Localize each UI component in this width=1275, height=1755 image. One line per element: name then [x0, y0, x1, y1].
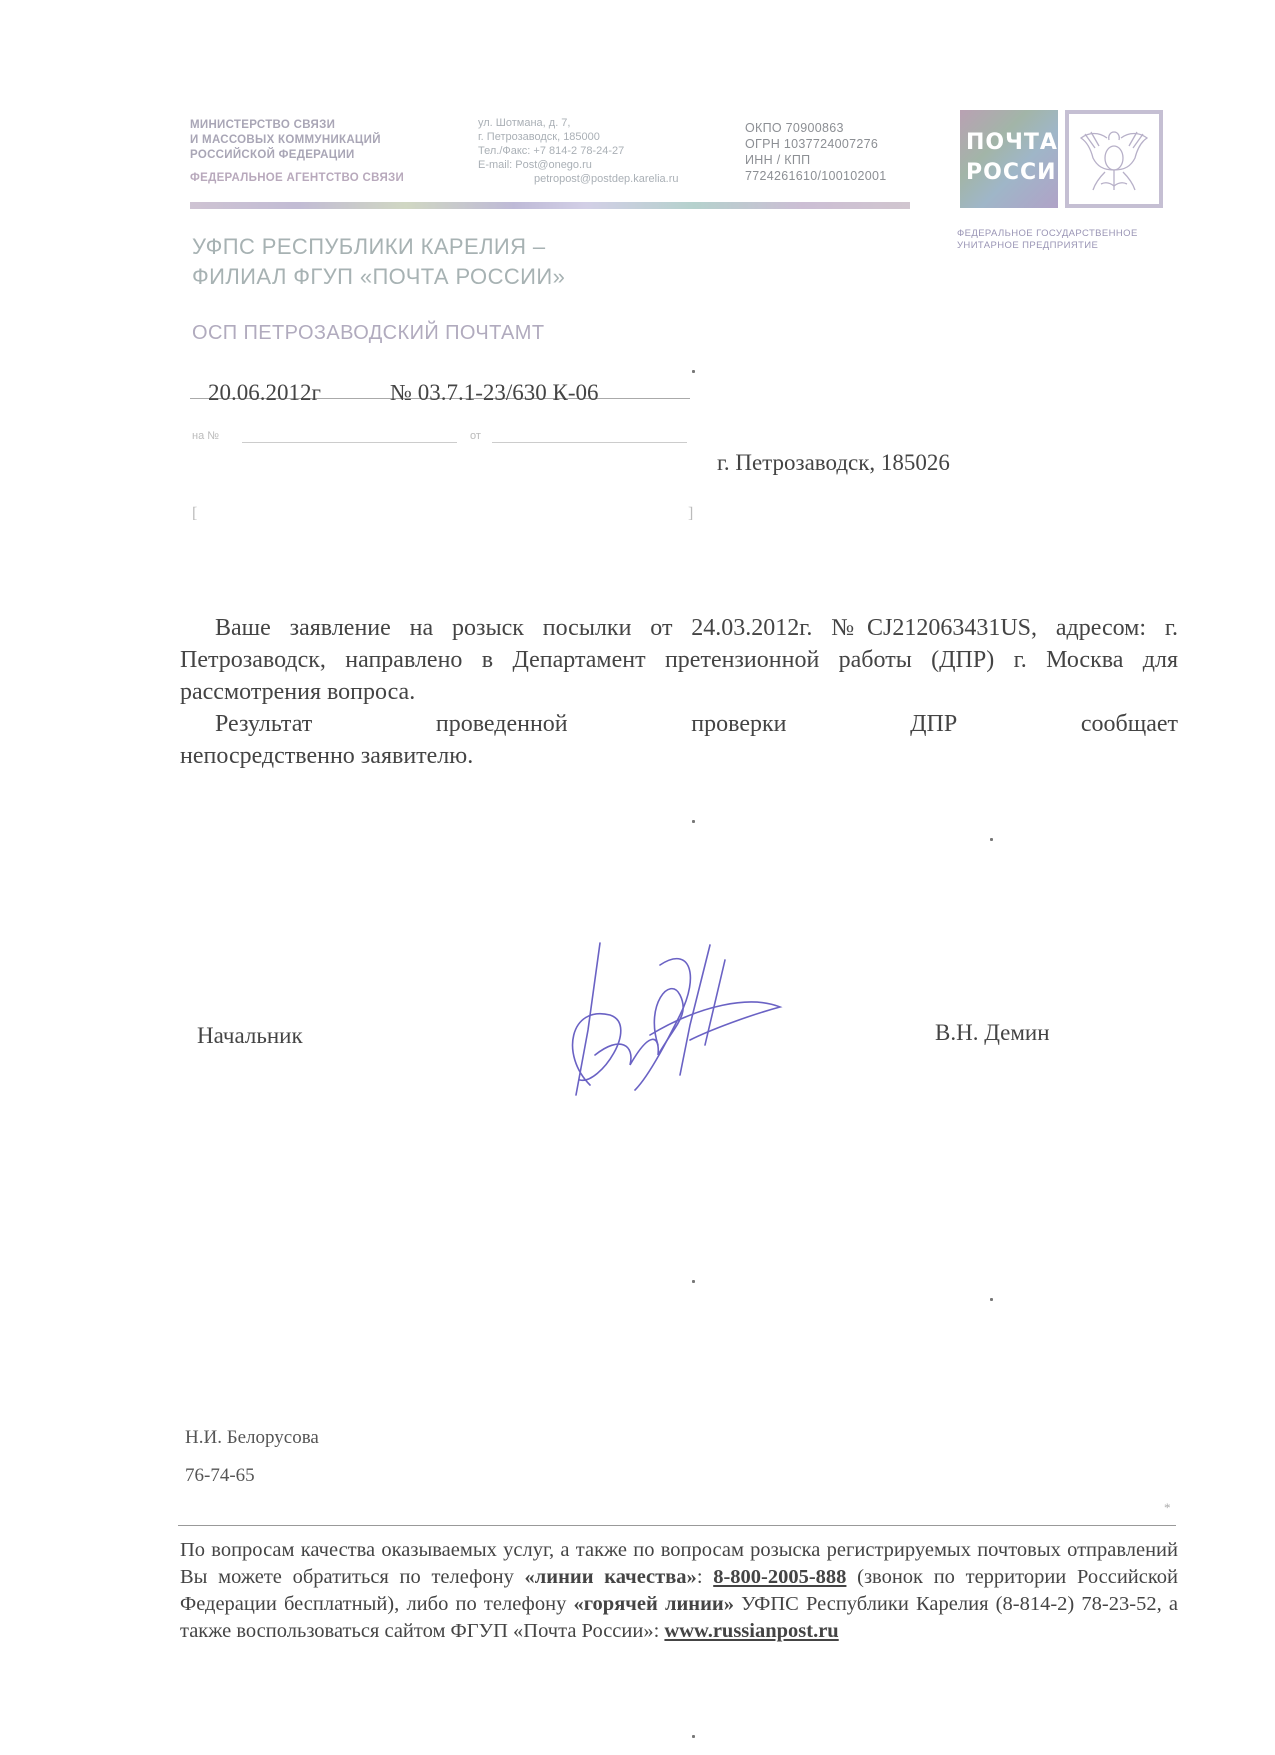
- executor-phone: 76-74-65: [185, 1465, 255, 1487]
- logo-line-2: РОССИИ: [966, 158, 1076, 188]
- from-field: [492, 442, 687, 443]
- reply-to-field: [242, 442, 457, 443]
- address-phone: Тел./Факс: +7 814-2 78-24-27: [478, 144, 678, 158]
- letterhead-divider: [190, 202, 910, 209]
- enterprise-line: ФЕДЕРАЛЬНОЕ ГОСУДАРСТВЕННОЕ: [957, 228, 1138, 240]
- address-street: ул. Шотмана, д. 7,: [478, 116, 678, 130]
- russian-post-logo: ПОЧТА РОССИИ: [960, 110, 1058, 208]
- inn-value: 7724261610/100102001: [745, 168, 887, 184]
- bracket-left: [: [192, 505, 197, 523]
- signatory-role: Начальник: [197, 1023, 303, 1049]
- registration-date: 20.06.2012г: [208, 380, 321, 406]
- footer-divider: [178, 1525, 1176, 1526]
- body-paragraph: Результат проведенной проверки ДПР сообщ…: [180, 708, 1178, 740]
- enterprise-line: УНИТАРНОЕ ПРЕДПРИЯТИЕ: [957, 240, 1138, 252]
- executor-name: Н.И. Белорусова: [185, 1427, 319, 1449]
- ogrn-code: ОГРН 1037724007276: [745, 136, 887, 152]
- footer-asterisk: *: [1164, 1500, 1171, 1516]
- handwritten-signature-icon: [540, 935, 820, 1110]
- logo-line-1: ПОЧТА: [966, 128, 1076, 158]
- footer-notice: По вопросам качества оказываемых услуг, …: [180, 1537, 1178, 1645]
- scan-speck: [692, 1280, 695, 1283]
- signatory-name: В.Н. Демин: [935, 1020, 1050, 1046]
- registry-codes: ОКПО 70900863 ОГРН 1037724007276 ИНН / К…: [745, 120, 887, 184]
- address-block: ул. Шотмана, д. 7, г. Петрозаводск, 1850…: [478, 116, 678, 186]
- website-link[interactable]: www.russianpost.ru: [664, 1620, 838, 1642]
- scan-speck: [692, 370, 695, 373]
- eagle-emblem-icon: [1065, 110, 1163, 208]
- scan-speck: [692, 1735, 695, 1738]
- body-paragraph: Ваше заявление на розыск посылки от 24.0…: [180, 612, 1178, 708]
- inn-label: ИНН / КПП: [745, 152, 887, 168]
- enterprise-type: ФЕДЕРАЛЬНОЕ ГОСУДАРСТВЕННОЕ УНИТАРНОЕ ПР…: [957, 228, 1138, 252]
- bracket-right: ]: [688, 505, 693, 523]
- recipient-city: г. Петрозаводск, 185026: [717, 450, 950, 476]
- address-email-2: petropost@postdep.karelia.ru: [478, 172, 678, 186]
- footer-text: :: [697, 1566, 713, 1588]
- ministry-line: И МАССОВЫХ КОММУНИКАЦИЙ: [190, 133, 404, 148]
- branch-line: УФПС РЕСПУБЛИКИ КАРЕЛИЯ –: [192, 232, 565, 262]
- branch-name: УФПС РЕСПУБЛИКИ КАРЕЛИЯ – ФИЛИАЛ ФГУП «П…: [192, 232, 565, 292]
- scan-speck: [990, 838, 993, 841]
- ministry-line: МИНИСТЕРСТВО СВЯЗИ: [190, 118, 404, 133]
- post-office-name: ОСП ПЕТРОЗАВОДСКИЙ ПОЧТАМТ: [192, 322, 544, 345]
- scan-speck: [692, 820, 695, 823]
- quality-phone-link[interactable]: 8-800-2005-888: [713, 1566, 846, 1588]
- body-paragraph: непосредственно заявителю.: [180, 740, 1178, 772]
- agency-name: ФЕДЕРАЛЬНОЕ АГЕНТСТВО СВЯЗИ: [190, 171, 404, 186]
- address-city: г. Петрозаводск, 185000: [478, 130, 678, 144]
- quality-line-label: «линии качества»: [525, 1566, 697, 1588]
- hotline-label: «горячей линии»: [574, 1593, 734, 1615]
- letter-body: Ваше заявление на розыск посылки от 24.0…: [180, 612, 1178, 772]
- address-email: E-mail: Post@onego.ru: [478, 158, 678, 172]
- from-label: от: [470, 430, 481, 442]
- okpo-code: ОКПО 70900863: [745, 120, 887, 136]
- scan-speck: [990, 1298, 993, 1301]
- ministry-line: РОССИЙСКОЙ ФЕДЕРАЦИИ: [190, 148, 404, 163]
- branch-line: ФИЛИАЛ ФГУП «ПОЧТА РОССИИ»: [192, 262, 565, 292]
- reply-to-label: на №: [192, 430, 219, 442]
- registration-number: № 03.7.1-23/630 К-06: [390, 380, 599, 406]
- ministry-block: МИНИСТЕРСТВО СВЯЗИ И МАССОВЫХ КОММУНИКАЦ…: [190, 118, 404, 186]
